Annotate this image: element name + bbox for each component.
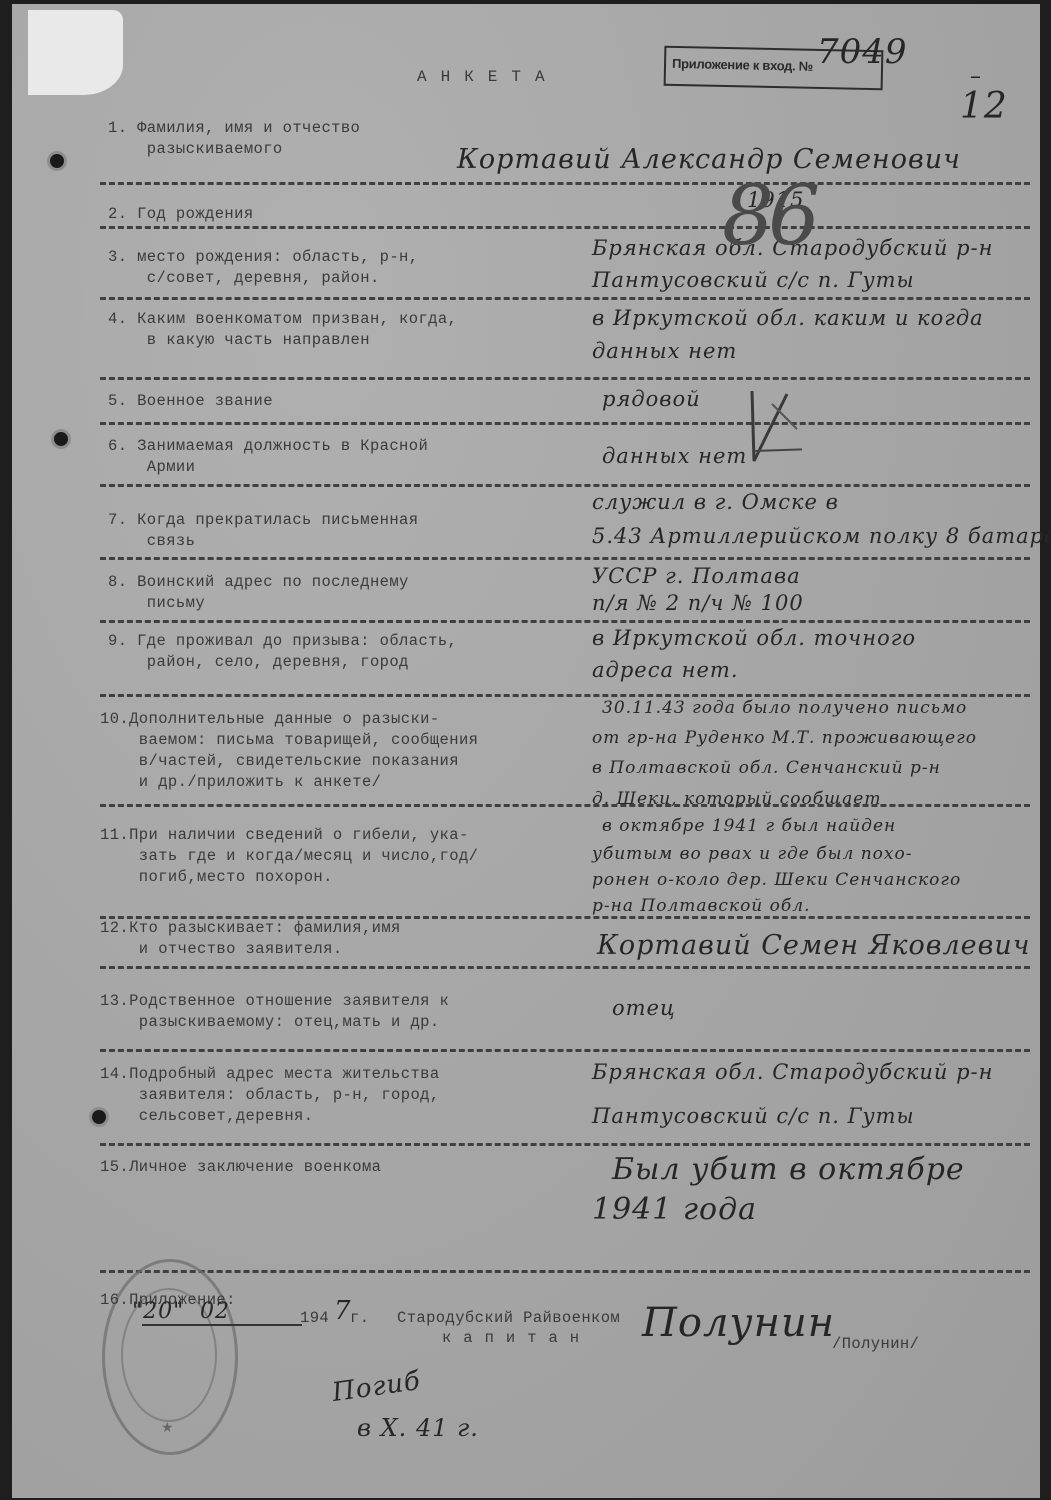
field-number: 13.	[100, 992, 129, 1010]
field-label-text: Когда прекратилась письменная связь	[108, 511, 418, 550]
document-title: АНКЕТА	[417, 68, 559, 86]
date-month: 02	[200, 1299, 230, 1324]
official-seal	[102, 1259, 238, 1455]
field-label-text: Занимаемая должность в Красной Армии	[108, 437, 428, 476]
field-label-text: Родственное отношение заявителя к разыск…	[100, 992, 449, 1031]
field-answer-15: 1941 года	[592, 1192, 757, 1227]
year-suffix: г.	[350, 1308, 369, 1329]
field-divider	[100, 377, 1030, 380]
field-label-text: Подробный адрес места жительства заявите…	[100, 1065, 440, 1125]
field-answer-4: данных нет	[592, 339, 737, 363]
date-underline	[142, 1324, 302, 1326]
field-label-5: 5. Военное звание	[108, 391, 273, 412]
field-answer-13: отец	[612, 996, 676, 1020]
field-divider	[100, 1143, 1030, 1146]
field-answer-11: убитым во рвах и где был похо-	[592, 844, 912, 864]
field-answer-15: Был убит в октябре	[612, 1152, 965, 1187]
field-label-9: 9. Где проживал до призыва: область, рай…	[108, 631, 457, 673]
field-answer-6: данных нет	[602, 444, 747, 468]
field-answer-5: рядовой	[602, 387, 701, 411]
field-divider	[100, 694, 1030, 697]
field-label-3: 3. место рождения: область, р-н, с/совет…	[108, 247, 418, 289]
stamp-number: 7049	[817, 32, 908, 72]
punch-hole	[54, 432, 68, 446]
field-label-text: Фамилия, имя и отчество разыскиваемого	[108, 119, 360, 158]
field-label-10: 10.Дополнительные данные о разыски- ваем…	[100, 709, 478, 793]
field-divider	[100, 297, 1030, 300]
field-label-4: 4. Каким военкоматом призван, когда, в к…	[108, 309, 457, 351]
field-label-text: Дополнительные данные о разыски- ваемом:…	[100, 710, 478, 791]
death-note-line1: Погиб	[330, 1366, 422, 1408]
year-handwritten: 7	[334, 1296, 352, 1326]
signature: Полунин	[642, 1300, 835, 1346]
field-divider	[100, 484, 1030, 487]
field-label-text: При наличии сведений о гибели, ука- зать…	[100, 826, 478, 886]
field-number: 2.	[108, 205, 137, 223]
field-answer-8: п/я № 2 п/ч № 100	[592, 591, 804, 615]
field-label-text: Год рождения	[137, 205, 253, 223]
field-answer-7: 5.43 Артиллерийском полку 8 батареи	[592, 524, 1051, 548]
field-answer-10: от гр-на Руденко М.Т. проживающего	[592, 728, 977, 748]
check-mark-icon	[742, 389, 802, 464]
field-number: 9.	[108, 632, 137, 650]
field-number: 11.	[100, 826, 129, 844]
field-label-text: Воинский адрес по последнему письму	[108, 573, 409, 612]
field-divider	[100, 557, 1030, 560]
field-label-11: 11.При наличии сведений о гибели, ука- з…	[100, 825, 478, 888]
field-label-text: место рождения: область, р-н, с/совет, д…	[108, 248, 418, 287]
field-divider	[100, 182, 1030, 185]
field-label-text: Кто разыскивает: фамилия,имя и отчество …	[100, 919, 401, 958]
year-prefix: 194	[300, 1308, 329, 1329]
officer-rank: капитан	[442, 1328, 591, 1349]
field-divider	[100, 1270, 1030, 1273]
field-label-1: 1. Фамилия, имя и отчество разыскиваемог…	[108, 118, 360, 160]
field-label-text: Каким военкоматом призван, когда, в каку…	[108, 310, 457, 349]
field-number: 8.	[108, 573, 137, 591]
margin-number: 86	[722, 169, 814, 264]
field-divider	[100, 620, 1030, 623]
field-label-text: Личное заключение военкома	[129, 1158, 381, 1176]
field-answer-4: в Иркутской обл. каким и когда	[592, 306, 984, 330]
field-answer-3: Пантусовский с/с п. Гуты	[592, 268, 915, 292]
field-number: 1.	[108, 119, 137, 137]
field-answer-1: Кортавий Александр Семенович	[457, 144, 961, 175]
field-divider	[100, 966, 1030, 969]
field-answer-7: служил в г. Омске в	[592, 490, 839, 514]
field-label-text: Где проживал до призыва: область, район,…	[108, 632, 457, 671]
field-number: 7.	[108, 511, 137, 529]
date-day: "20"	[132, 1299, 184, 1324]
footer-number: 16.	[100, 1291, 129, 1309]
field-number: 10.	[100, 710, 129, 728]
field-divider	[100, 226, 1030, 229]
field-label-14: 14.Подробный адрес места жительства заяв…	[100, 1064, 440, 1127]
field-answer-14: Брянская обл. Стародубский р-н	[592, 1060, 994, 1084]
field-answer-8: УССР г. Полтава	[592, 564, 801, 588]
field-answer-11: ронен о-коло дер. Шеки Сенчанского	[592, 870, 961, 890]
document-page: АНКЕТА Приложение к вход. № 7049 – 12 1.…	[12, 4, 1040, 1498]
field-answer-11: в октябре 1941 г был найден	[602, 816, 896, 836]
field-answer-12: Кортавий Семен Яковлевич	[597, 930, 1031, 961]
field-label-6: 6. Занимаемая должность в Красной Армии	[108, 436, 428, 478]
field-label-12: 12.Кто разыскивает: фамилия,имя и отчест…	[100, 918, 401, 960]
punch-hole	[50, 154, 64, 168]
field-answer-11: р-на Полтавской обл.	[592, 896, 811, 916]
field-label-text: Военное звание	[137, 392, 273, 410]
field-number: 6.	[108, 437, 137, 455]
death-note-line2: в X. 41 г.	[357, 1414, 479, 1442]
field-label-8: 8. Воинский адрес по последнему письму	[108, 572, 409, 614]
officer-name: /Полунин/	[832, 1334, 919, 1355]
field-number: 14.	[100, 1065, 129, 1083]
field-number: 12.	[100, 919, 129, 937]
field-number: 4.	[108, 310, 137, 328]
field-answer-10: в Полтавской обл. Сенчанский р-н	[592, 758, 941, 778]
torn-corner	[28, 10, 123, 95]
field-answer-14: Пантусовский с/с п. Гуты	[592, 1104, 915, 1128]
field-label-13: 13.Родственное отношение заявителя к раз…	[100, 991, 449, 1033]
field-label-15: 15.Личное заключение военкома	[100, 1157, 381, 1178]
field-answer-9: адреса нет.	[592, 658, 739, 682]
field-label-2: 2. Год рождения	[108, 204, 254, 225]
field-number: 3.	[108, 248, 137, 266]
field-divider	[100, 422, 1030, 425]
page-number: 12	[960, 86, 1008, 127]
field-label-7: 7. Когда прекратилась письменная связь	[108, 510, 418, 552]
field-divider	[100, 1049, 1030, 1052]
field-answer-10: 30.11.43 года было получено письмо	[602, 698, 967, 718]
field-number: 5.	[108, 392, 137, 410]
field-answer-9: в Иркутской обл. точного	[592, 626, 916, 650]
stamp-label: Приложение к вход. №	[672, 56, 813, 74]
field-number: 15.	[100, 1158, 129, 1176]
office-name: Стародубский Райвоенком	[397, 1308, 620, 1329]
field-divider	[100, 804, 1030, 807]
